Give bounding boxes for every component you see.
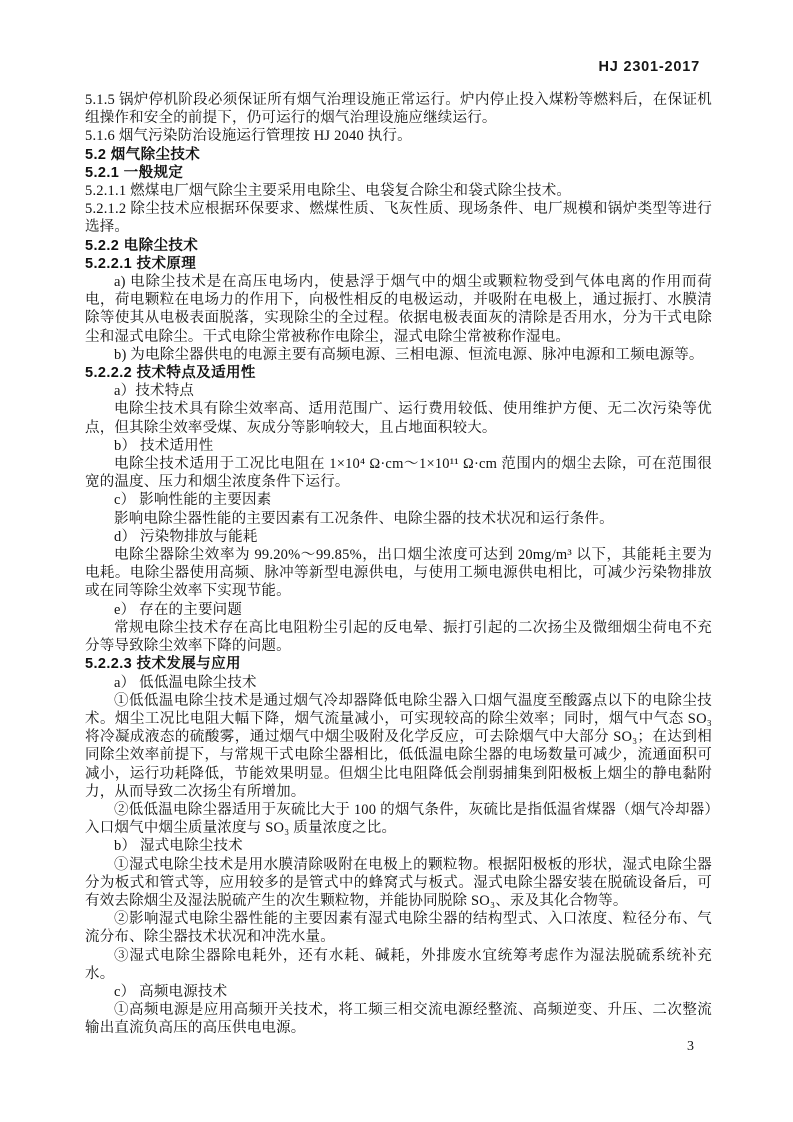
item-b-power-sources: b) 为电除尘器供电的电源主要有高频电源、三相电源、恒流电源、脉冲电源和工频电源…: [85, 346, 712, 364]
para-wet-esp-2: ②影响湿式电除尘器性能的主要因素有湿式电除尘器的结构型式、入口浓度、粒径分布、气…: [85, 910, 712, 946]
clause-5-2-1-2: 5.2.1.2 除尘技术应根据环保要求、燃煤性质、飞灰性质、现场条件、电厂规模和…: [85, 200, 712, 236]
para-factors-detail: 影响电除尘器性能的主要因素有工况条件、电除尘器的技术状况和运行条件。: [85, 510, 712, 528]
page-number: 3: [687, 1039, 694, 1055]
para-wet-esp-1: ①湿式电除尘技术是用水膜清除吸附在电极上的颗粒物。根据阳极板的形状，湿式电除尘器…: [85, 856, 712, 911]
heading-5-2-2-3: 5.2.2.3 技术发展与应用: [85, 655, 712, 673]
document-body: 5.1.5 锅炉停机阶段必须保证所有烟气治理设施正常运行。炉内停止投入煤粉等燃料…: [85, 91, 712, 1038]
item-a-characteristics: a）技术特点: [85, 382, 712, 400]
heading-5-2-2-1: 5.2.2.1 技术原理: [85, 255, 712, 273]
heading-5-2-1: 5.2.1 一般规定: [85, 164, 712, 182]
clause-5-1-6: 5.1.6 烟气污染防治设施运行管理按 HJ 2040 执行。: [85, 127, 712, 145]
para-problems-detail: 常规电除尘技术存在高比电阻粉尘引起的反电晕、振打引起的二次扬尘及微细烟尘荷电不充…: [85, 619, 712, 655]
item-e-problems: e） 存在的主要问题: [85, 601, 712, 619]
item-b-wet-esp: b） 湿式电除尘技术: [85, 837, 712, 855]
document-page: HJ 2301-2017 5.1.5 锅炉停机阶段必须保证所有烟气治理设施正常运…: [0, 0, 793, 1122]
item-c-factors: c） 影响性能的主要因素: [85, 491, 712, 509]
standard-code: HJ 2301-2017: [598, 59, 700, 75]
para-low-low-temp-2: ②低低温电除尘器适用于灰硫比大于 100 的烟气条件，灰硫比是指低温省煤器（烟气…: [85, 801, 712, 837]
item-c-hf-power: c） 高频电源技术: [85, 983, 712, 1001]
para-emission-energy-detail: 电除尘器除尘效率为 99.20%～99.85%，出口烟尘浓度可达到 20mg/m…: [85, 546, 712, 601]
heading-5-2-2: 5.2.2 电除尘技术: [85, 237, 712, 255]
heading-5-2-2-2: 5.2.2.2 技术特点及适用性: [85, 364, 712, 382]
para-applicability-detail: 电除尘技术适用于工况比电阻在 1×10⁴ Ω·cm～1×10¹¹ Ω·cm 范围…: [85, 455, 712, 491]
page-header: HJ 2301-2017: [598, 59, 700, 75]
item-b-applicability: b） 技术适用性: [85, 437, 712, 455]
item-d-emission-energy: d） 污染物排放与能耗: [85, 528, 712, 546]
para-wet-esp-3: ③湿式电除尘器除电耗外，还有水耗、碱耗，外排废水宜统筹考虑作为湿法脱硫系统补充水…: [85, 947, 712, 983]
clause-5-2-1-1: 5.2.1.1 燃煤电厂烟气除尘主要采用电除尘、电袋复合除尘和袋式除尘技术。: [85, 182, 712, 200]
item-a-principle: a) 电除尘技术是在高压电场内，使悬浮于烟气中的烟尘或颗粒物受到气体电离的作用而…: [85, 273, 712, 346]
heading-5-2: 5.2 烟气除尘技术: [85, 146, 712, 164]
para-low-low-temp-1: ①低低温电除尘技术是通过烟气冷却器降低电除尘器入口烟气温度至酸露点以下的电除尘技…: [85, 692, 712, 801]
clause-5-1-5: 5.1.5 锅炉停机阶段必须保证所有烟气治理设施正常运行。炉内停止投入煤粉等燃料…: [85, 91, 712, 127]
item-a-low-low-temp-esp: a） 低低温电除尘技术: [85, 674, 712, 692]
para-characteristics-detail: 电除尘技术具有除尘效率高、适用范围广、运行费用较低、使用维护方便、无二次污染等优…: [85, 400, 712, 436]
para-hf-power-detail: ①高频电源是应用高频开关技术，将工频三相交流电源经整流、高频逆变、升压、二次整流…: [85, 1001, 712, 1037]
